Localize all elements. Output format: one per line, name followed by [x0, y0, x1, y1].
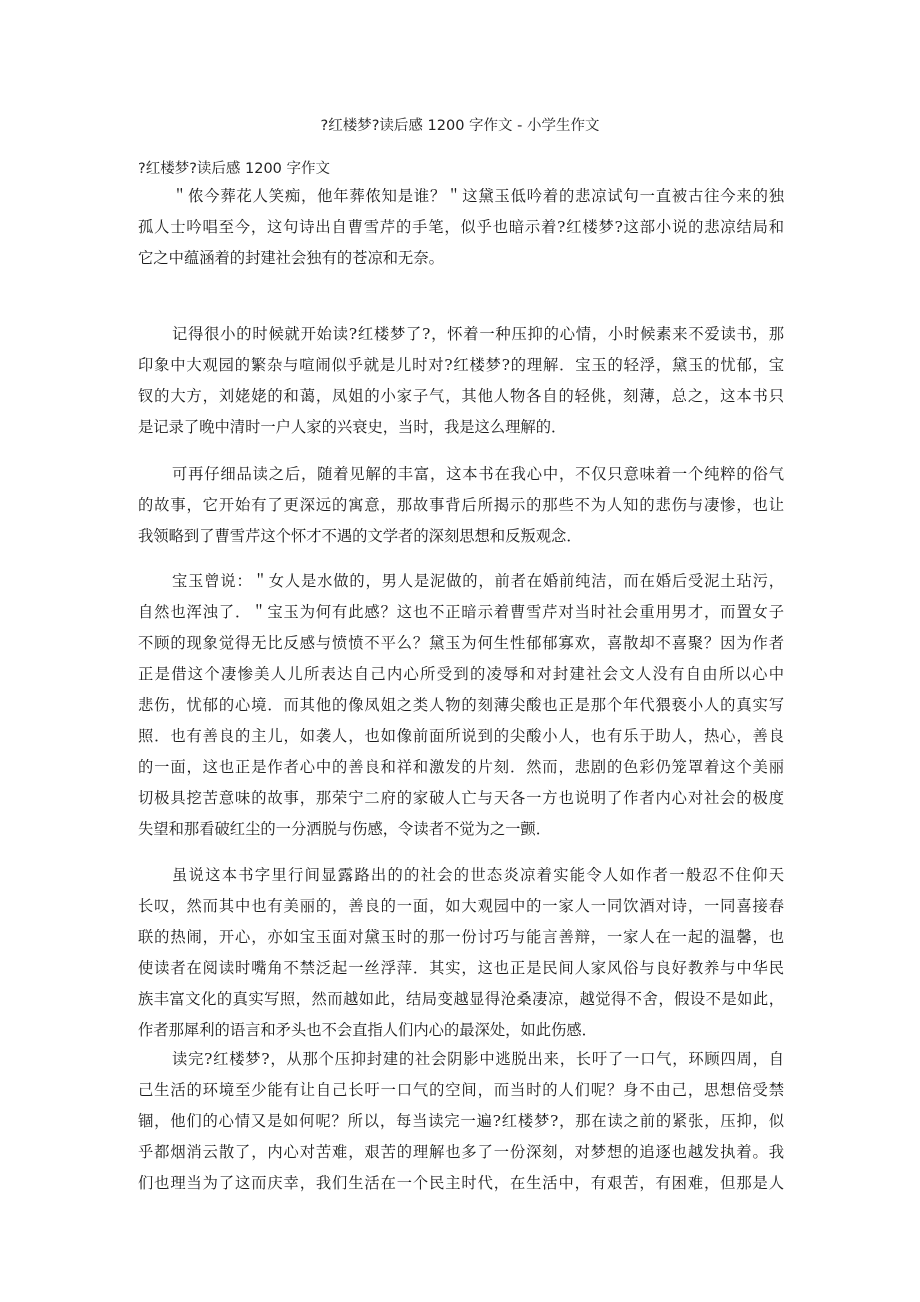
- paragraph-line: 乎都烟消云散了，内心对苦难，艰苦的理解也多了一份深刻，对梦想的追逐也越发执着。我: [138, 1137, 784, 1168]
- paragraph-line: 虽说这本书字里行间显露路出的的社会的世态炎凉着实能令人如作者一般忍不住仰天: [138, 860, 784, 891]
- paragraph-line: 它之中蕴涵着的封建社会独有的苍凉和无奈。: [138, 243, 784, 274]
- paragraph-line: 钗的大方，刘姥姥的和蔼，凤姐的小家子气，其他人物各自的轻佻，刻薄，总之，这本书只: [138, 381, 784, 412]
- paragraph-1: ＂侬今葬花人笑痴，他年葬侬知是谁？＂这黛玉低吟着的悲凉试句一直被古往今来的独 孤…: [138, 181, 784, 274]
- paragraph-line: 失望和那看破红尘的一分洒脱与伤感，令读者不觉为之一颤．: [138, 814, 784, 845]
- document-title: ?红楼梦?读后感 1200 字作文 - 小学生作文: [0, 115, 920, 137]
- document-page: ?红楼梦?读后感 1200 字作文 - 小学生作文 ?红楼梦?读后感 1200 …: [0, 0, 920, 1302]
- paragraph-line: 读完?红楼梦?，从那个压抑封建的社会阴影中逃脱出来，长吁了一口气，环顾四周，自: [138, 1044, 784, 1075]
- paragraph-line: 锢，他们的心情又是如何呢？所以，每当读完一遍?红楼梦?，那在读之前的紧张，压抑，…: [138, 1106, 784, 1137]
- paragraph-line: 记得很小的时候就开始读?红楼梦了?，怀着一种压抑的心情，小时候素来不爱读书，那: [138, 319, 784, 350]
- paragraph-line: 们也理当为了这而庆幸，我们生活在一个民主时代，在生活中，有艰苦，有困难，但那是人: [138, 1168, 784, 1199]
- paragraph-line: 照．也有善良的主儿，如袭人，也如像前面所说到的尖酸小人，也有乐于助人，热心，善良: [138, 721, 784, 752]
- paragraph-line: 不顾的现象觉得无比反感与愤愤不平么？黛玉为何生性郁郁寡欢，喜散却不喜聚？因为作者: [138, 628, 784, 659]
- paragraph-line: 正是借这个凄惨美人儿所表达自己内心所受到的凌辱和对封建社会文人没有自由所以心中: [138, 659, 784, 690]
- paragraph-line: 悲伤，忧郁的心境．而其他的像凤姐之类人物的刻薄尖酸也正是那个年代猥亵小人的真实写: [138, 690, 784, 721]
- paragraph-line: 印象中大观园的繁杂与喧闹似乎就是儿时对?红楼梦?的理解．宝玉的轻浮，黛玉的忧郁，…: [138, 350, 784, 381]
- paragraph-line: 族丰富文化的真实写照，然而越如此，结局变越显得沧桑凄凉，越觉得不舍，假设不是如此…: [138, 984, 784, 1015]
- paragraph-line: 是记录了晚中清时一户人家的兴衰史，当时，我是这么理解的．: [138, 412, 784, 443]
- paragraph-line: 我领略到了曹雪芹这个怀才不遇的文学者的深刻思想和反叛观念．: [138, 521, 784, 552]
- paragraph-3: 可再仔细品读之后，随着见解的丰富，这本书在我心中，不仅只意味着一个纯粹的俗气 的…: [138, 459, 784, 552]
- paragraph-line: 自然也浑浊了．＂宝玉为何有此感？这也不正暗示着曹雪芹对当时社会重用男才，而置女子: [138, 597, 784, 628]
- paragraph-4: 宝玉曾说：＂女人是水做的，男人是泥做的，前者在婚前纯洁，而在婚后受泥土玷污， 自…: [138, 566, 784, 845]
- paragraph-line: 切极具挖苦意味的故事，那荣宁二府的家破人亡与天各一方也说明了作者内心对社会的极度: [138, 783, 784, 814]
- paragraph-line: 联的热闹，开心，亦如宝玉面对黛玉时的那一份讨巧与能言善辩，一家人在一起的温馨，也: [138, 922, 784, 953]
- paragraph-line: 的故事，它开始有了更深远的寓意，那故事背后所揭示的那些不为人知的悲伤与凄惨，也让: [138, 490, 784, 521]
- paragraph-line: 长叹，然而其中也有美丽的，善良的一面，如大观园中的一家人一同饮酒对诗，一同喜接春: [138, 891, 784, 922]
- paragraph-line: 可再仔细品读之后，随着见解的丰富，这本书在我心中，不仅只意味着一个纯粹的俗气: [138, 459, 784, 490]
- paragraph-6: 读完?红楼梦?，从那个压抑封建的社会阴影中逃脱出来，长吁了一口气，环顾四周，自 …: [138, 1044, 784, 1199]
- paragraph-line: 作者那犀利的语言和矛头也不会直指人们内心的最深处，如此伤感．: [138, 1015, 784, 1046]
- paragraph-line: 的一面，这也正是作者心中的善良和祥和激发的片刻．然而，悲剧的色彩仍笼罩着这个美丽: [138, 752, 784, 783]
- paragraph-line: 孤人士吟唱至今，这句诗出自曹雪芹的手笔，似乎也暗示着?红楼梦?这部小说的悲凉结局…: [138, 212, 784, 243]
- paragraph-line: 使读者在阅读时嘴角不禁泛起一丝浮萍．其实，这也正是民间人家风俗与良好教养与中华民: [138, 953, 784, 984]
- paragraph-line: ＂侬今葬花人笑痴，他年葬侬知是谁？＂这黛玉低吟着的悲凉试句一直被古往今来的独: [138, 181, 784, 212]
- paragraph-5: 虽说这本书字里行间显露路出的的社会的世态炎凉着实能令人如作者一般忍不住仰天 长叹…: [138, 860, 784, 1046]
- paragraph-line: 己生活的环境至少能有让自己长吁一口气的空间，而当时的人们呢？身不由己，思想倍受禁: [138, 1075, 784, 1106]
- paragraph-2: 记得很小的时候就开始读?红楼梦了?，怀着一种压抑的心情，小时候素来不爱读书，那 …: [138, 319, 784, 443]
- document-subtitle: ?红楼梦?读后感 1200 字作文: [138, 158, 330, 180]
- paragraph-line: 宝玉曾说：＂女人是水做的，男人是泥做的，前者在婚前纯洁，而在婚后受泥土玷污，: [138, 566, 784, 597]
